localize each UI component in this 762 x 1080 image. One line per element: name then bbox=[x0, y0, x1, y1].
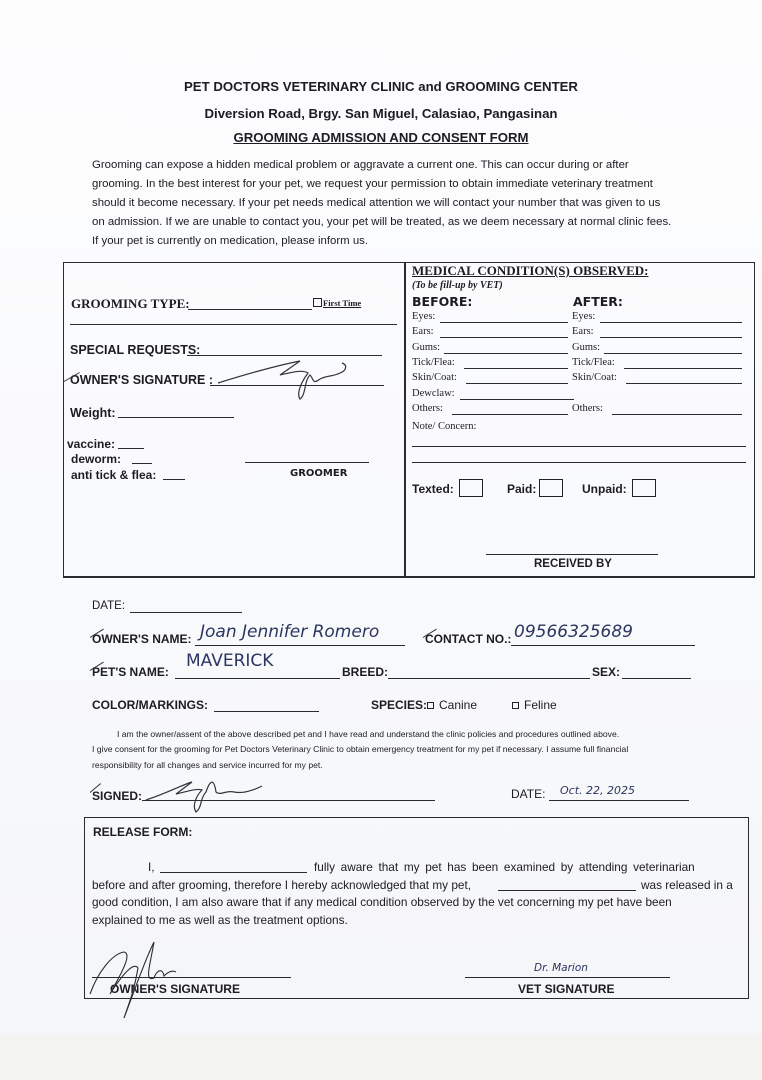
form-title: GROOMING ADMISSION AND CONSENT FORM bbox=[0, 130, 762, 145]
first-time-label: First Time bbox=[323, 298, 361, 308]
before-field-input[interactable] bbox=[440, 337, 568, 338]
after-field-label: Others: bbox=[572, 403, 603, 414]
medical-title: MEDICAL CONDITION(S) OBSERVED: bbox=[412, 263, 648, 279]
after-field-input[interactable] bbox=[600, 337, 742, 338]
release-line-2a: before and after grooming, therefore I h… bbox=[92, 878, 471, 892]
species-label: SPECIES: bbox=[371, 698, 427, 712]
first-time-checkbox[interactable] bbox=[313, 298, 322, 307]
before-field-input[interactable] bbox=[460, 399, 574, 400]
consent-signature-scribble bbox=[140, 772, 275, 814]
unpaid-checkbox[interactable] bbox=[632, 479, 656, 497]
after-field-label: Ears: bbox=[572, 326, 594, 337]
after-field-input[interactable] bbox=[604, 353, 742, 354]
after-field-input[interactable] bbox=[626, 383, 742, 384]
before-field-input[interactable] bbox=[466, 383, 568, 384]
release-line-1a: I, bbox=[148, 860, 155, 874]
paid-label: Paid: bbox=[507, 482, 536, 496]
pet-name-label: PET'S NAME: bbox=[92, 665, 169, 679]
after-field-label: Gums: bbox=[572, 342, 600, 353]
note-label: Note/ Concern: bbox=[412, 421, 476, 432]
release-line-4: explained to me as well as the treatment… bbox=[92, 913, 348, 927]
feline-label: Feline bbox=[524, 698, 557, 712]
clinic-name: PET DOCTORS VETERINARY CLINIC and GROOMI… bbox=[0, 79, 762, 94]
sex-label: SEX: bbox=[592, 665, 620, 679]
consent-date-label: DATE: bbox=[511, 787, 545, 801]
grooming-type-field[interactable] bbox=[188, 309, 312, 310]
after-field-input[interactable] bbox=[612, 414, 742, 415]
vaccine-field[interactable] bbox=[118, 448, 144, 449]
unpaid-label: Unpaid: bbox=[582, 482, 627, 496]
consent-date-value[interactable]: Oct. 22, 2025 bbox=[560, 784, 635, 797]
vet-name-handwritten: Dr. Marion bbox=[534, 962, 588, 974]
consent-line-2: I give consent for the grooming for Pet … bbox=[92, 744, 628, 754]
groomer-signature-field[interactable] bbox=[245, 462, 369, 463]
deworm-field[interactable] bbox=[132, 463, 152, 464]
canine-checkbox[interactable] bbox=[427, 702, 434, 709]
breed-field[interactable] bbox=[388, 678, 590, 679]
before-field-label: Others: bbox=[412, 403, 443, 414]
feline-checkbox[interactable] bbox=[512, 702, 519, 709]
contact-field[interactable] bbox=[511, 645, 695, 646]
vaccine-label: vaccine: bbox=[67, 437, 115, 451]
intro-line: Grooming can expose a hidden medical pro… bbox=[92, 156, 697, 175]
before-field-label: Dewclaw: bbox=[412, 388, 455, 399]
owner-signature-label: OWNER'S SIGNATURE : bbox=[70, 373, 213, 387]
note-line-1[interactable] bbox=[412, 446, 746, 447]
before-field-input[interactable] bbox=[452, 414, 568, 415]
consent-date-field[interactable] bbox=[549, 800, 689, 801]
note-line-2[interactable] bbox=[412, 462, 746, 463]
release-pet-name-field[interactable] bbox=[498, 890, 636, 891]
before-label: BEFORE: bbox=[412, 294, 472, 309]
before-field-label: Tick/Flea: bbox=[412, 357, 455, 368]
signed-label: SIGNED: bbox=[92, 789, 142, 803]
grooming-type-line-2[interactable] bbox=[70, 324, 397, 325]
before-field-label: Gums: bbox=[412, 342, 440, 353]
anti-tick-field[interactable] bbox=[163, 479, 185, 480]
contact-label: CONTACT NO.: bbox=[425, 632, 511, 646]
breed-label: BREED: bbox=[342, 665, 388, 679]
owner-name-value[interactable]: Joan Jennifer Romero bbox=[200, 622, 379, 642]
intro-paragraph: Grooming can expose a hidden medical pro… bbox=[92, 156, 697, 251]
release-line-3: good condition, I am also aware that if … bbox=[92, 895, 672, 909]
intro-line: should it become necessary. If your pet … bbox=[92, 194, 697, 213]
intro-line: on admission. If we are unable to contac… bbox=[92, 213, 697, 232]
consent-line-3: responsibility for all changes and servi… bbox=[92, 760, 323, 770]
release-owner-signature-scribble bbox=[84, 932, 214, 1024]
intro-line: grooming. In the best interest for your … bbox=[92, 175, 697, 194]
scan-edge bbox=[0, 1036, 762, 1080]
before-field-input[interactable] bbox=[440, 322, 568, 323]
anti-tick-label: anti tick & flea: bbox=[71, 468, 156, 482]
texted-label: Texted: bbox=[412, 482, 454, 496]
vet-signature-label: VET SIGNATURE bbox=[518, 982, 614, 996]
medical-subtitle: (To be fill-up by VET) bbox=[412, 280, 503, 291]
before-field-label: Eyes: bbox=[412, 311, 435, 322]
owner-name-field[interactable] bbox=[195, 645, 405, 646]
received-by-field[interactable] bbox=[486, 554, 658, 555]
weight-field[interactable] bbox=[118, 417, 234, 418]
consent-line-1: I am the owner/assent of the above descr… bbox=[117, 729, 619, 739]
weight-label: Weight: bbox=[70, 406, 116, 420]
owner-signature-scribble bbox=[210, 355, 360, 403]
release-line-2b: was released in a bbox=[641, 878, 733, 892]
clinic-address: Diversion Road, Brgy. San Miguel, Calasi… bbox=[0, 106, 762, 121]
before-field-label: Ears: bbox=[412, 326, 434, 337]
release-owner-name-field[interactable] bbox=[160, 872, 307, 873]
after-field-input[interactable] bbox=[600, 322, 742, 323]
pet-name-field[interactable] bbox=[175, 678, 340, 679]
contact-value[interactable]: 09566325689 bbox=[514, 622, 633, 642]
box-divider bbox=[404, 262, 406, 577]
deworm-label: deworm: bbox=[71, 452, 121, 466]
after-label: AFTER: bbox=[573, 294, 623, 309]
color-markings-field[interactable] bbox=[214, 711, 319, 712]
groomer-label: GROOMER bbox=[290, 468, 347, 479]
grooming-type-label: GROOMING TYPE: bbox=[71, 296, 190, 312]
special-requests-label: SPECIAL REQUESTS: bbox=[70, 343, 200, 357]
paid-checkbox[interactable] bbox=[539, 479, 563, 497]
date-field[interactable] bbox=[130, 612, 242, 613]
intro-line: If your pet is currently on medication, … bbox=[92, 232, 697, 251]
texted-checkbox[interactable] bbox=[459, 479, 483, 497]
canine-label: Canine bbox=[439, 698, 477, 712]
after-field-label: Tick/Flea: bbox=[572, 357, 615, 368]
pet-name-value[interactable]: MAVERICK bbox=[186, 651, 273, 671]
after-field-label: Eyes: bbox=[572, 311, 595, 322]
release-title: RELEASE FORM: bbox=[93, 825, 192, 839]
date-label: DATE: bbox=[92, 600, 125, 612]
before-field-input[interactable] bbox=[444, 353, 568, 354]
after-field-label: Skin/Coat: bbox=[572, 372, 617, 383]
received-by-label: RECEIVED BY bbox=[534, 558, 612, 570]
after-field-input[interactable] bbox=[624, 368, 742, 369]
vet-signature-field[interactable] bbox=[465, 977, 670, 978]
release-line-1b: fully aware that my pet has been examine… bbox=[314, 860, 695, 874]
before-field-input[interactable] bbox=[464, 368, 568, 369]
color-markings-label: COLOR/MARKINGS: bbox=[92, 698, 208, 712]
before-field-label: Skin/Coat: bbox=[412, 372, 457, 383]
owner-name-label: OWNER'S NAME: bbox=[92, 632, 192, 646]
sex-field[interactable] bbox=[622, 678, 691, 679]
